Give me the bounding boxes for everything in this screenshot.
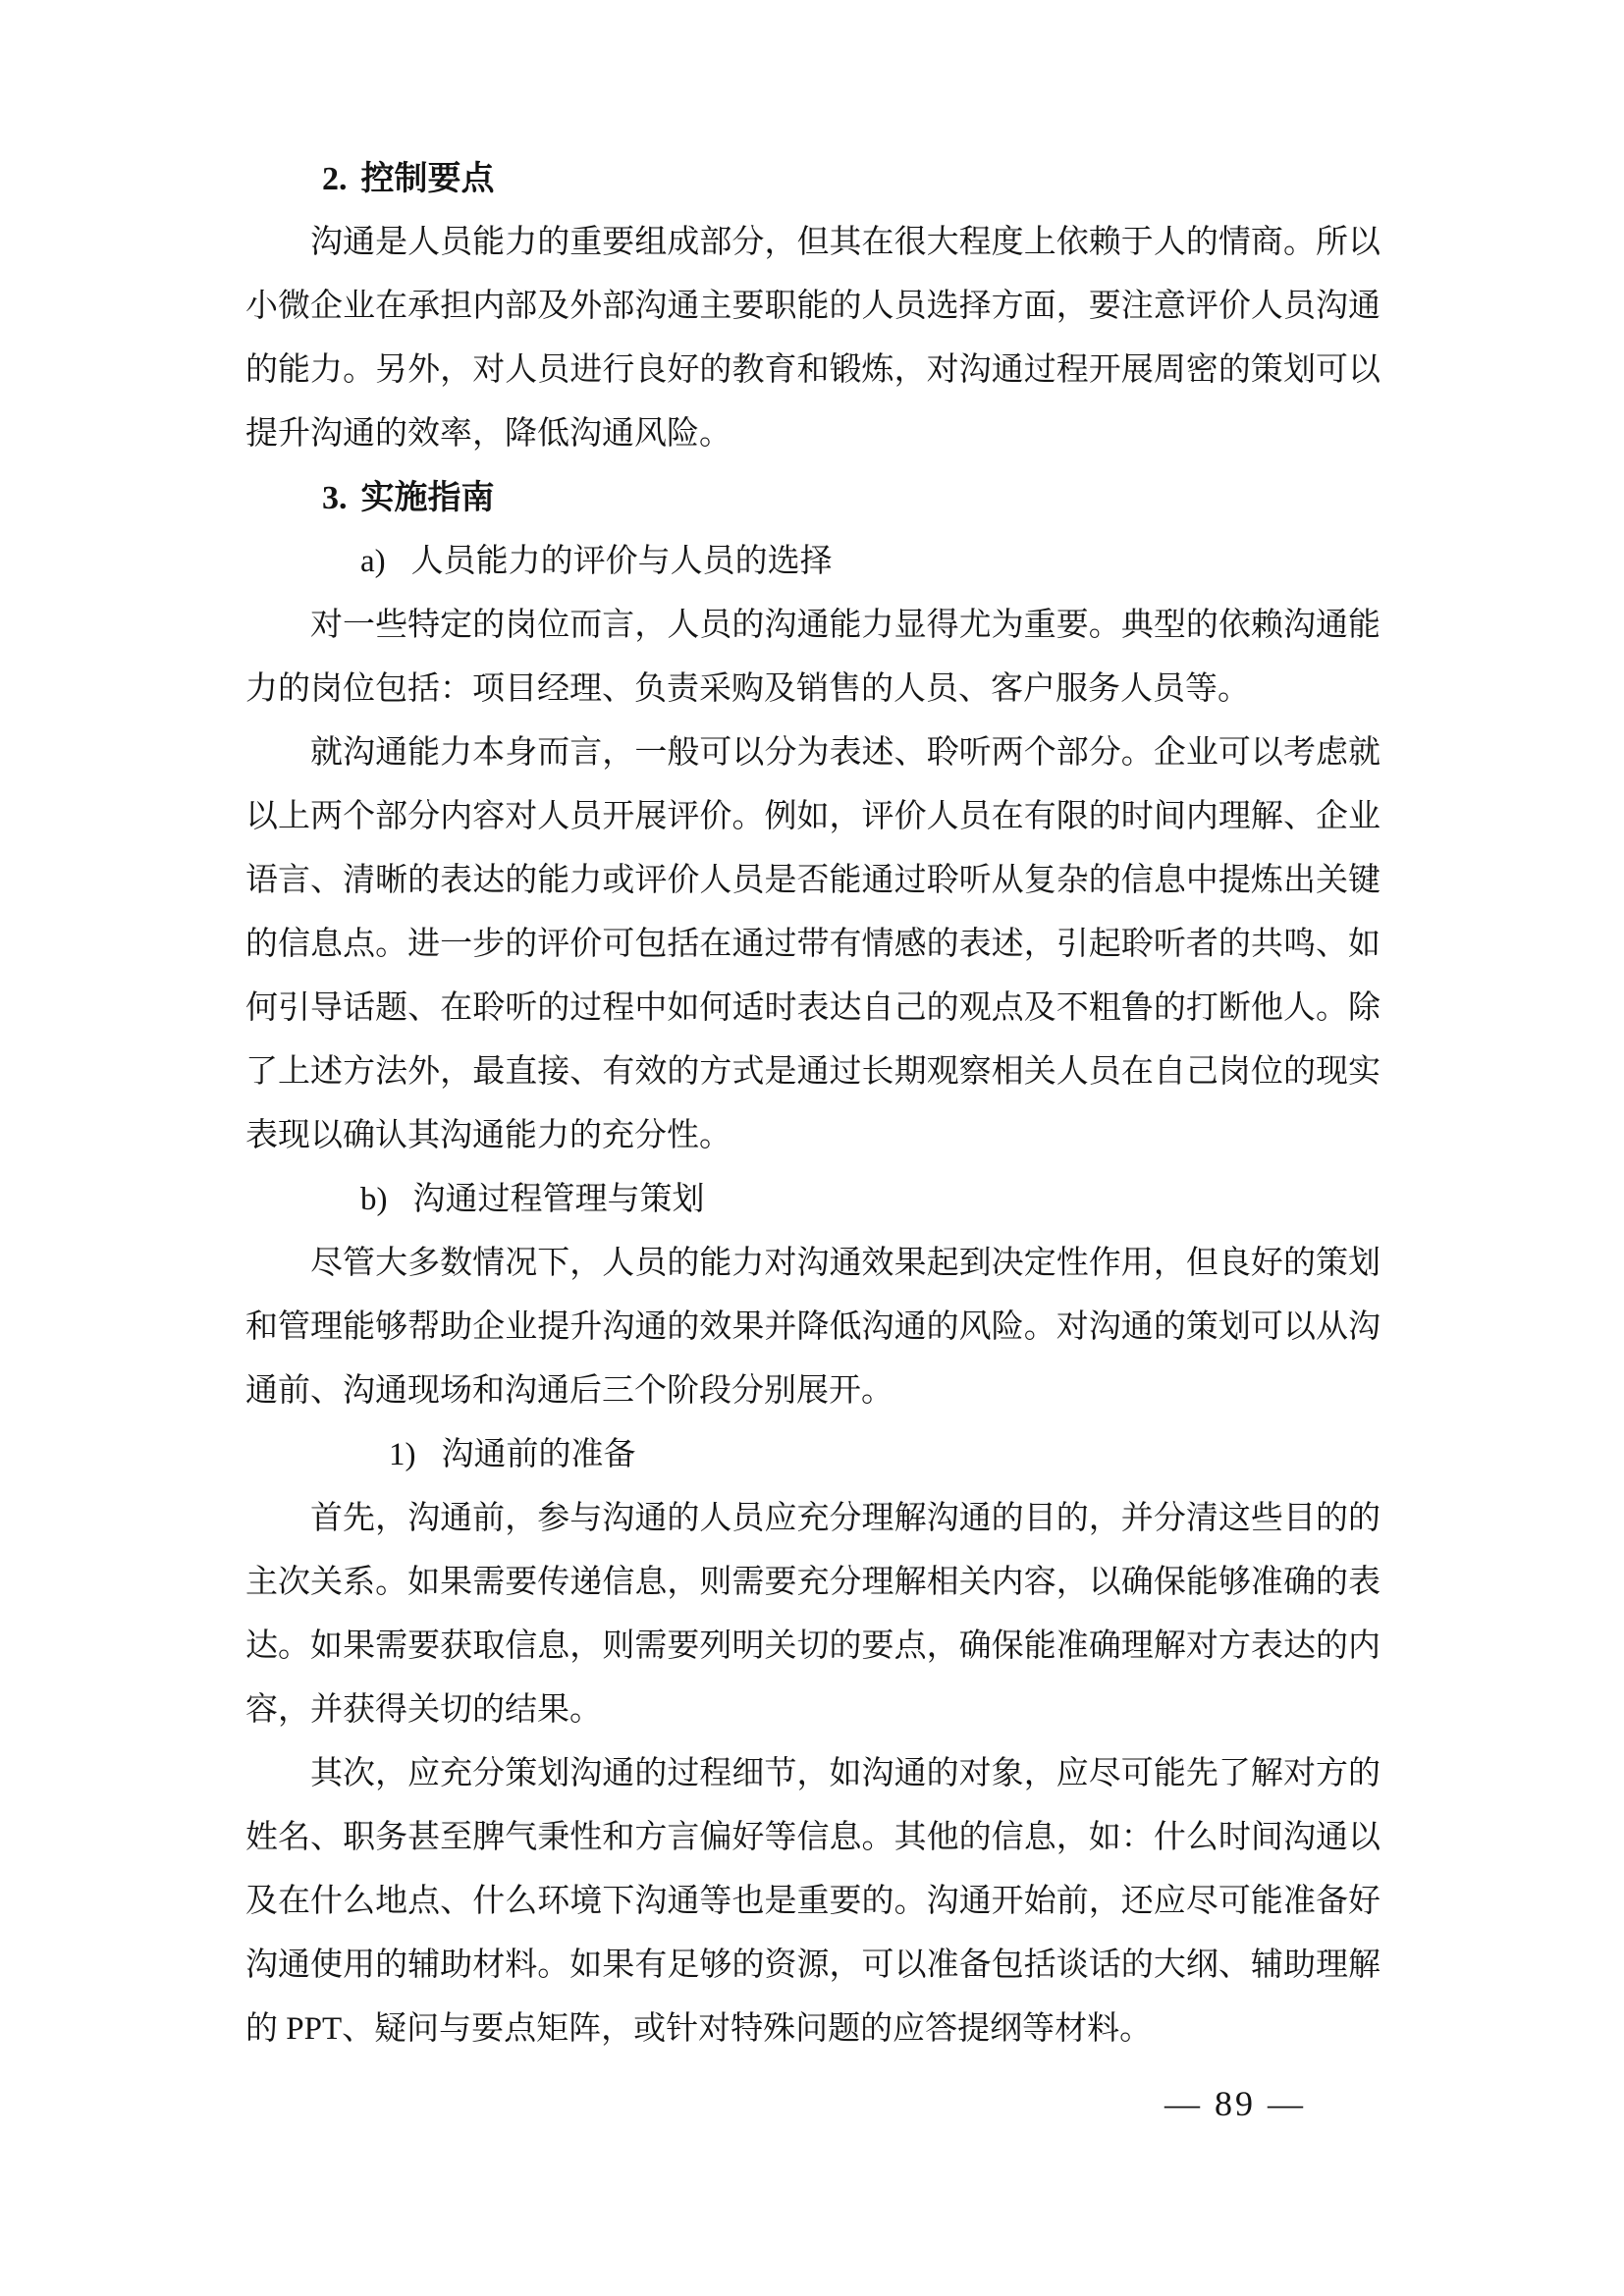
section-title: 实施指南 bbox=[361, 480, 495, 516]
list-item-label: b) bbox=[360, 1168, 388, 1232]
document-page: 2.控制要点 沟通是人员能力的重要组成部分，但其在很大程度上依赖于人的情商。所以… bbox=[0, 0, 1624, 2296]
page-content: 2.控制要点 沟通是人员能力的重要组成部分，但其在很大程度上依赖于人的情商。所以… bbox=[245, 147, 1380, 2061]
numbered-item-text: 沟通前的准备 bbox=[442, 1437, 636, 1472]
numbered-item-1: 1)沟通前的准备 bbox=[245, 1423, 1380, 1487]
page-number: — 89 — bbox=[1164, 2083, 1306, 2124]
list-item-text: 沟通过程管理与策划 bbox=[413, 1182, 705, 1217]
paragraph: 其次，应充分策划沟通的过程细节，如沟通的对象，应尽可能先了解对方的姓名、职务甚至… bbox=[245, 1742, 1380, 2061]
section-number: 3. bbox=[322, 480, 348, 516]
paragraph: 沟通是人员能力的重要组成部分，但其在很大程度上依赖于人的情商。所以小微企业在承担… bbox=[245, 211, 1380, 466]
paragraph: 对一些特定的岗位而言，人员的沟通能力显得尤为重要。典型的依赖沟通能力的岗位包括：… bbox=[245, 594, 1380, 721]
paragraph: 尽管大多数情况下，人员的能力对沟通效果起到决定性作用，但良好的策划和管理能够帮助… bbox=[245, 1232, 1380, 1423]
list-item-b: b)沟通过程管理与策划 bbox=[245, 1168, 1380, 1232]
section-number: 2. bbox=[322, 161, 348, 197]
paragraph: 首先，沟通前，参与沟通的人员应充分理解沟通的目的，并分清这些目的的主次关系。如果… bbox=[245, 1487, 1380, 1742]
list-item-label: a) bbox=[360, 530, 386, 594]
section-heading-3: 3.实施指南 bbox=[245, 466, 1380, 530]
list-item-a: a)人员能力的评价与人员的选择 bbox=[245, 530, 1380, 594]
paragraph: 就沟通能力本身而言，一般可以分为表述、聆听两个部分。企业可以考虑就以上两个部分内… bbox=[245, 721, 1380, 1168]
list-item-text: 人员能力的评价与人员的选择 bbox=[411, 544, 833, 579]
section-heading-2: 2.控制要点 bbox=[245, 147, 1380, 211]
section-title: 控制要点 bbox=[361, 161, 495, 197]
numbered-item-label: 1) bbox=[389, 1423, 416, 1487]
